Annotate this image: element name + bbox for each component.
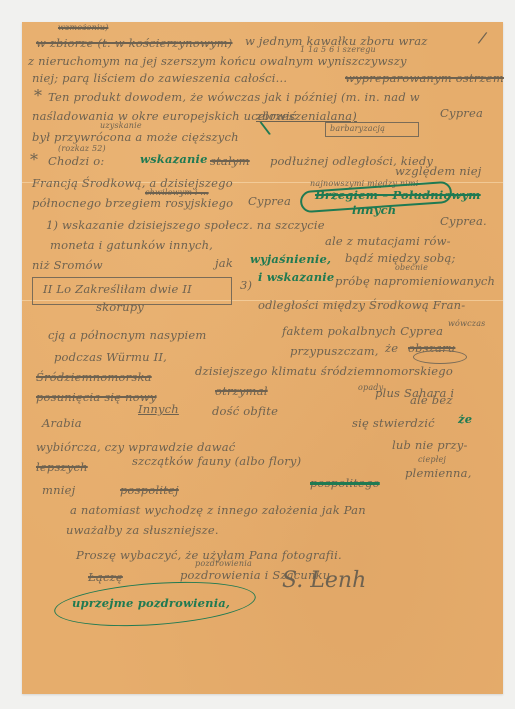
- handwritten-line: niej; parą liściem do zawieszenia całośc…: [32, 73, 287, 85]
- circled-word: [413, 350, 467, 364]
- handwritten-line: mniej: [42, 485, 75, 497]
- insertion-annotation: ciepłej: [418, 456, 446, 464]
- numbering-annotation: 1 1a 5 6 i szeregu: [300, 46, 376, 54]
- green-insertion: i wskazanie: [258, 272, 334, 284]
- handwritten-line: względem niej: [395, 166, 482, 178]
- green-insertion: wskazanie: [140, 154, 208, 166]
- asterisk-icon: *: [34, 86, 42, 105]
- struck-text: pospolitej: [120, 485, 179, 497]
- handwritten-line: podczas Würmu II,: [54, 352, 167, 364]
- handwritten-line: wybiórcza, czy wprawdzie dawać: [36, 442, 235, 454]
- handwritten-line: Cyprea.: [440, 216, 487, 228]
- handwritten-line: plemienna,: [405, 468, 472, 480]
- handwritten-line: próbę napromieniowanych: [335, 276, 495, 288]
- handwritten-line: się stwierdzić: [352, 418, 435, 430]
- handwritten-line: Cyprea: [248, 196, 291, 208]
- struck-text: stałym: [210, 156, 250, 168]
- insertion-annotation: wówczas: [448, 320, 485, 328]
- handwritten-line: uważałby za słuszniejsze.: [66, 525, 219, 537]
- struck-text: Łączę: [88, 572, 123, 584]
- asterisk-icon: *: [30, 150, 38, 169]
- green-insertion: wyjaśnienie,: [250, 254, 331, 266]
- struck-text: otrzymał: [215, 386, 268, 398]
- handwritten-line: jak: [215, 258, 233, 270]
- handwritten-line: że: [385, 343, 398, 355]
- handwritten-line: moneta i gatunków innych,: [50, 240, 213, 252]
- green-greeting: uprzejme pozdrowienia,: [72, 598, 230, 610]
- insertion-annotation: uzyskanie: [100, 122, 142, 130]
- struck-text: lepszych: [36, 462, 88, 474]
- struck-text: w zbiorze (t. w kościerzynowym): [36, 38, 233, 50]
- handwritten-line: niż Sromów: [32, 260, 103, 272]
- struck-text: wypreparowanym ostrzem: [345, 73, 504, 85]
- green-struck-text: Brzegiem – Południowym: [315, 190, 481, 202]
- handwritten-line: lub nie przy-: [392, 440, 468, 452]
- handwritten-line: Ten produkt dowodem, że wówczas jak i pó…: [48, 92, 420, 104]
- green-insertion: innych: [352, 205, 396, 217]
- handwritten-line: Arabia: [42, 418, 82, 430]
- insertion-annotation: opady: [358, 384, 383, 392]
- boxed-note: barbaryzacją: [325, 122, 419, 137]
- handwritten-line: Chodzi o:: [48, 156, 104, 168]
- boxed-note-text: II Lo Zakreśliłam dwie II: [43, 284, 192, 296]
- handwritten-line: faktem pokalbnych Cyprea: [282, 326, 443, 338]
- handwritten-line: był przywrócona a może cięższych: [32, 132, 239, 144]
- handwritten-line: a natomiast wychodzę z innego założenia …: [70, 505, 366, 517]
- green-insertion: że: [458, 414, 472, 426]
- insertion-annotation: obecnie: [395, 264, 428, 272]
- signature: S. Lenh: [282, 568, 366, 593]
- handwritten-line: 3): [240, 280, 252, 292]
- green-struck-text: pospolitego: [310, 478, 380, 490]
- insertion-annotation: pozdrowienia: [195, 560, 252, 568]
- struck-text: Śródziemnomorska: [36, 372, 152, 384]
- handwritten-line: ale z mutacjami rów-: [325, 236, 451, 248]
- boxed-note-text: barbaryzacją: [330, 125, 385, 133]
- struck-annotation: wzmożeniu): [58, 24, 108, 32]
- handwritten-line: zbrzeszenialana): [256, 111, 357, 123]
- handwritten-line: Cyprea: [440, 108, 483, 120]
- handwritten-line: szczątków fauny (albo flory): [132, 456, 301, 468]
- handwritten-line: przypuszczam,: [290, 346, 379, 358]
- handwritten-line: dość obfite: [212, 406, 278, 418]
- handwritten-line: z nieruchomym na jej szerszym końcu owal…: [28, 56, 407, 68]
- handwritten-line: cją a północnym nasypiem: [48, 330, 207, 342]
- handwritten-line: skorupy: [96, 302, 144, 314]
- handwritten-line: dzisiejszego klimatu śródziemnomorskiego: [195, 366, 453, 378]
- handwritten-line: ale bez: [410, 395, 453, 407]
- handwritten-line: 1) wskazanie dzisiejszego społecz. na sz…: [46, 220, 325, 232]
- handwritten-line: odległości między Środkową Fran-: [258, 300, 465, 312]
- handwritten-line: północnego brzegiem rosyjskiego: [32, 198, 233, 210]
- insertion-annotation: (rozkaz 52): [58, 145, 106, 153]
- handwritten-line: Innych: [138, 404, 179, 416]
